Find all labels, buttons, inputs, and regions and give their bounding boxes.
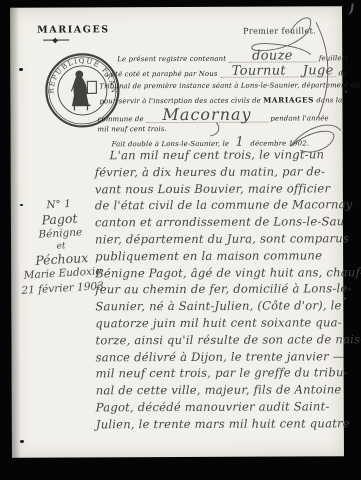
preamble-1-suffix: feuillets: [319, 54, 348, 62]
seated-figure-icon: [71, 71, 96, 111]
margin-note: N° 1 Pagot Bénigne et Péchoux Marie Eudo…: [16, 195, 105, 298]
preamble-1-text: Le présent registre contenant: [117, 55, 226, 63]
act-line-12: torze, ainsi qu'il résulte de son acte d…: [95, 331, 345, 349]
act-line-8: Bénigne Pagot, âgé de vingt huit ans, ch…: [95, 264, 345, 282]
preamble-line-2: a été coté et paraphé par Nous Tournut J…: [104, 67, 347, 78]
title-rule-diamond: [52, 37, 58, 43]
document-page: MARIAGES Premier feuillet. RÉPUBLIQUE FR…: [10, 6, 344, 457]
ink-speck: [345, 90, 347, 93]
act-line-13: sance délivré à Dijon, le trente janvier…: [96, 348, 346, 366]
fill-commune-name: Macornay: [146, 110, 268, 124]
preamble-2-text: a été coté et paraphé par Nous: [104, 70, 217, 78]
act-body: L'an mil neuf cent trois, le vingt-un fé…: [95, 146, 346, 433]
act-line-5: canton et arrondissement de Lons-le-Sau: [95, 213, 345, 231]
preamble-2-suffix: du: [339, 69, 348, 77]
act-line-7: publiquement en la maison commune: [95, 247, 345, 265]
act-line-4: de l'état civil de la commune de Macorna…: [95, 197, 345, 215]
fill-judge-title: Juge: [300, 67, 336, 77]
act-line-9: feur au chemin de fer, domicilié à Lons-…: [95, 281, 345, 299]
preamble-line-3: Tribunal de première instance séant à Lo…: [99, 81, 361, 90]
act-line-6: nier, département du Jura, sont comparus: [95, 230, 345, 248]
fill-judge-name: Tournut: [220, 67, 298, 77]
act-line-17: Julien, le trente mars mil huit cent qua…: [96, 415, 346, 433]
preamble-line-5: commune de Macornay pendant l'année: [97, 109, 328, 123]
fill-feuillet-count: douze: [228, 52, 316, 62]
preamble-5-text: commune de: [97, 115, 143, 123]
act-line-2: février, à dix heures du matin, par de-: [95, 163, 345, 181]
act-line-3: vant nous Louis Bouvier, maire officier: [95, 180, 345, 198]
scan-background: { "colors": { "paper": "#f2f0ea", "print…: [0, 0, 361, 480]
act-line-15: nal de cette ville, majeur, fils de Anto…: [96, 381, 346, 399]
title-rule: [43, 39, 69, 40]
act-line-11: quatorze juin mil huit cent soixante qua…: [95, 314, 345, 332]
preamble-4-suffix: dans la: [316, 96, 342, 104]
feuillet-label: Premier feuillet.: [243, 26, 316, 35]
ink-speck: [344, 297, 346, 300]
preamble-line-6: mil neuf cent trois.: [98, 125, 167, 133]
ink-speck: [20, 440, 24, 443]
preamble-5-suffix: pendant l'année: [270, 114, 328, 122]
act-line-1: L'an mil neuf cent trois, le vingt-un: [95, 146, 345, 164]
page-title: MARIAGES: [37, 24, 110, 35]
act-line-14: mil neuf cent trois, par le greffe du tr…: [96, 365, 346, 383]
ink-speck: [19, 68, 23, 71]
preamble-line-1: Le présent registre contenant douze feui…: [117, 52, 348, 63]
corner-ink-mark: [345, 3, 354, 16]
act-line-10: Saunier, né à Saint-Julien, (Côte d'or),…: [95, 297, 345, 315]
act-line-16: Pagot, décédé manouvrier audit Saint-: [96, 398, 346, 416]
ink-speck: [20, 204, 23, 206]
acte-type-label: MARIAGES: [263, 95, 314, 104]
